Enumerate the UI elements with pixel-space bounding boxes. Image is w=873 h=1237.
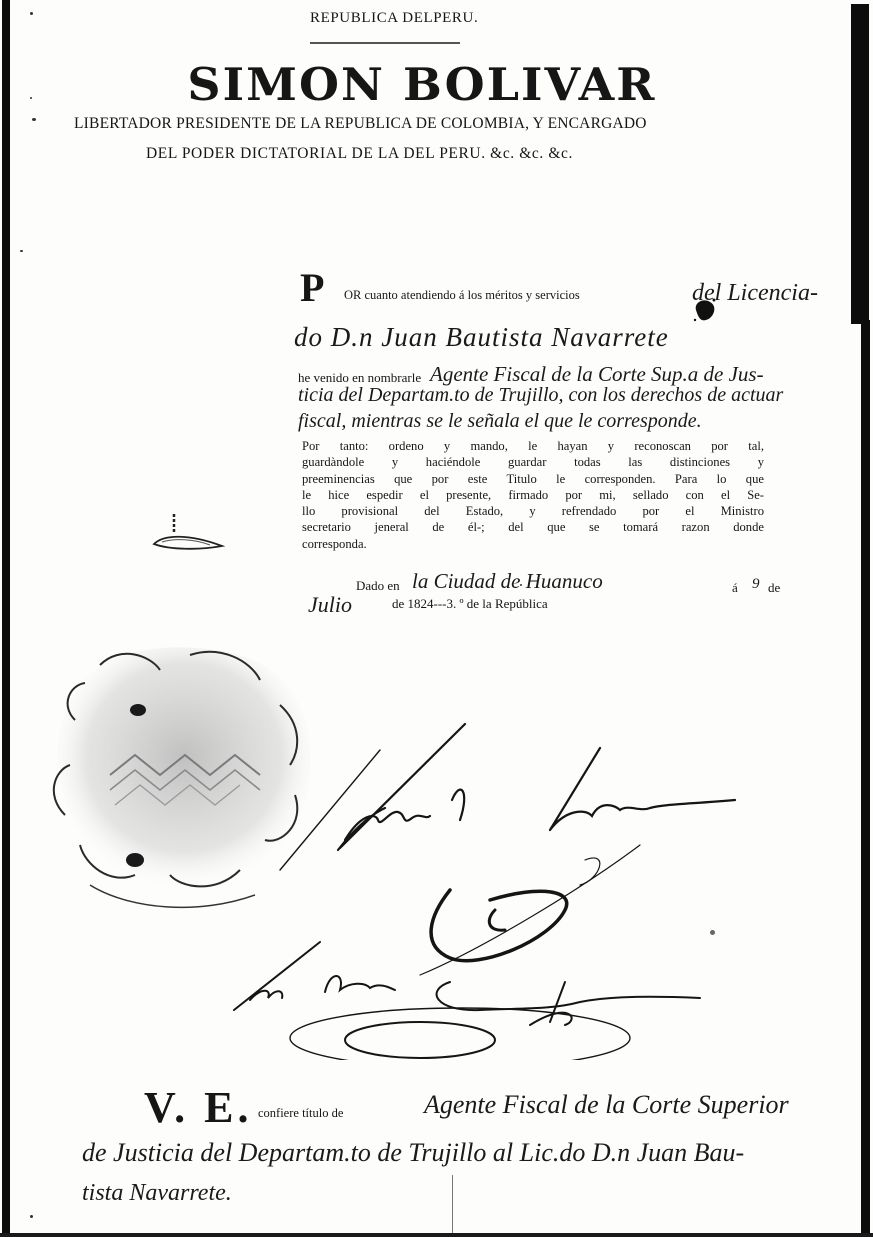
body-line: secretario jeneral de él-; del que se to… [302, 519, 764, 535]
body-paragraph: Por tanto: ordeno y mando, le hayan y re… [302, 438, 764, 552]
dated-a-label: á [732, 580, 738, 596]
opening-printed-text: OR cuanto atendiendo á los méritos y ser… [344, 288, 580, 303]
scan-border-left [2, 0, 10, 1237]
subtitle-line-2: DEL PODER DICTATORIAL DE LA DEL PERU. &c… [146, 145, 573, 163]
footer-handwritten-1: Agente Fiscal de la Corte Superior [424, 1090, 789, 1120]
speck [30, 12, 33, 15]
handwritten-place: la Ciudad de Huanuco [412, 569, 603, 594]
ve-initials: V. E. [144, 1082, 252, 1133]
speck [30, 1215, 33, 1218]
handwritten-name: do D.n Juan Bautista Navarrete [294, 322, 669, 353]
scan-border-right-lower [861, 320, 870, 1235]
speck [520, 584, 522, 586]
body-line: preeminencias que por este Titulo le cor… [302, 471, 764, 487]
scan-border-bottom [0, 1233, 873, 1237]
speck [30, 97, 32, 99]
speck [32, 118, 36, 121]
scan-border-right [851, 4, 869, 324]
handwritten-position-2: ticia del Departam.to de Trujillo, con l… [298, 384, 783, 407]
handwritten-licenciado: del Licencia- [692, 280, 818, 307]
document-page: REPUBLICA DELPERU. SIMON BOLIVAR LIBERTA… [0, 0, 873, 1237]
dated-de-label: de [768, 580, 780, 596]
signatures [220, 720, 740, 1060]
republica-heading: REPUBLICA DELPERU. [310, 10, 478, 27]
drop-cap: P [300, 268, 324, 308]
speck [20, 250, 23, 252]
footer-handwritten-3: tista Navarrete. [82, 1180, 232, 1207]
fold-line [452, 1175, 453, 1233]
header-rule [310, 42, 460, 44]
confiere-titulo-text: confiere título de [258, 1106, 343, 1121]
footer-handwritten-2: de Justicia del Departam.to de Trujillo … [82, 1138, 744, 1168]
handwritten-day: 9 [752, 576, 760, 593]
paraph-flourish [420, 845, 640, 975]
signature-simon-bolivar [280, 724, 735, 870]
body-line: Por tanto: ordeno y mando, le hayan y re… [302, 438, 764, 454]
body-line: guardàndole y haciéndole guardar todas l… [302, 454, 764, 470]
body-line: corresponda. [302, 536, 764, 552]
speck [710, 930, 715, 935]
body-line: llo provisional del Estado, y refrendado… [302, 503, 764, 519]
body-line: le hice espedir el presente, firmado por… [302, 487, 764, 503]
handwritten-position-3: fiscal, mientras se le señala el que le … [298, 410, 702, 433]
ornament-icon [150, 506, 230, 556]
subtitle-line-1: LIBERTADOR PRESIDENTE DE LA REPUBLICA DE… [74, 115, 647, 133]
document-title: SIMON BOLIVAR [187, 58, 656, 111]
dated-year: de 1824---3. º de la República [392, 596, 548, 612]
handwritten-month: Julio [308, 592, 352, 618]
dado-en-label: Dado en [356, 578, 400, 594]
